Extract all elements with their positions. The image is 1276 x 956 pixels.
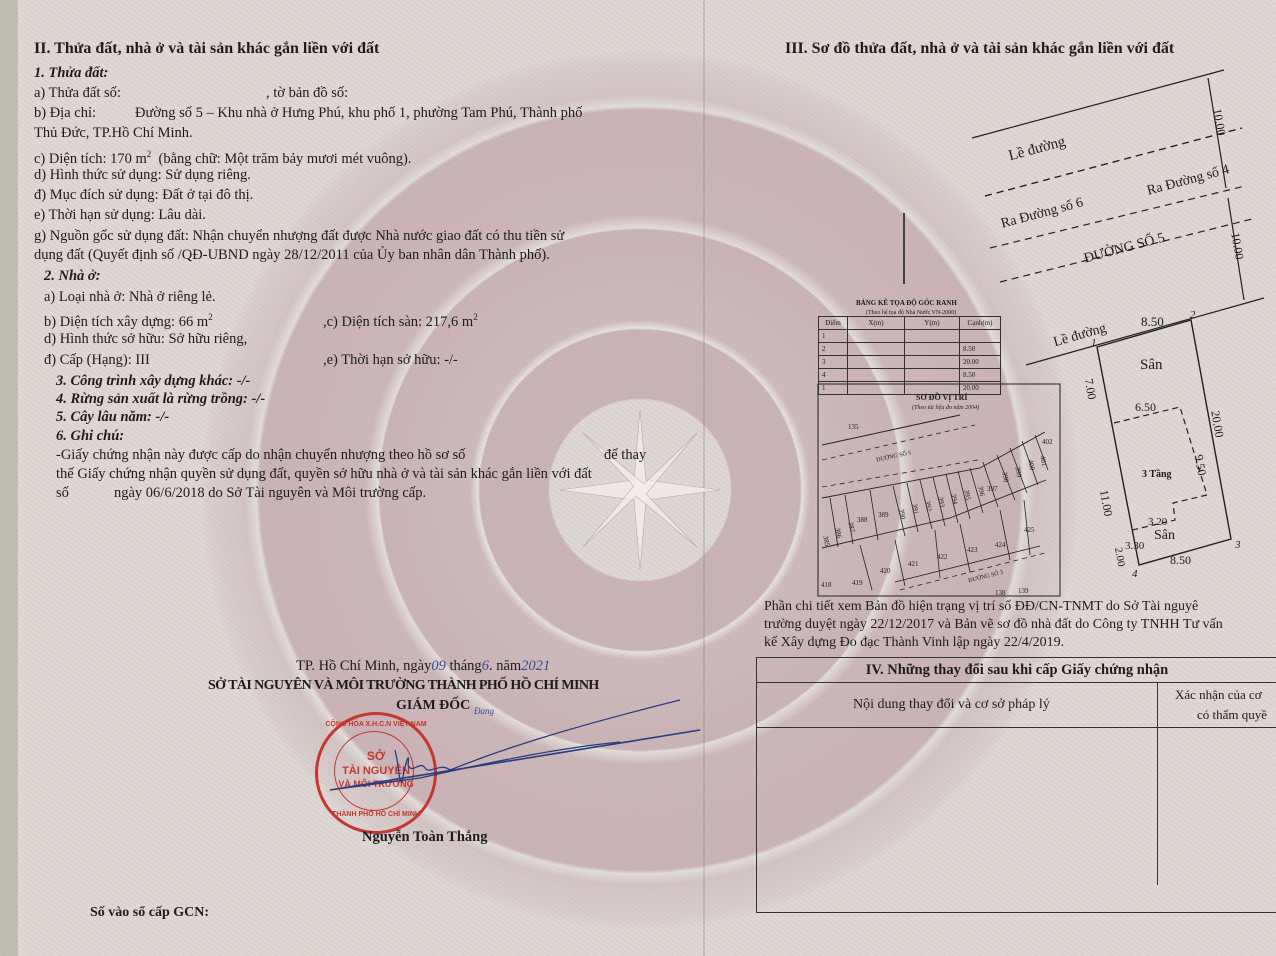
location-parcel-number: 388 — [857, 511, 868, 529]
location-parcel-number: 421 — [908, 555, 919, 573]
location-plan-subtitle: (Theo tài liệu đo năm 2004) — [912, 399, 979, 417]
changes-table: IV. Những thay đổi sau khi cấp Giấy chứn… — [756, 657, 1276, 913]
location-parcel-number: 423 — [967, 541, 978, 559]
location-parcel-number: 424 — [995, 536, 1006, 554]
coord-row: 48.50 — [819, 369, 1001, 382]
changes-title: IV. Những thay đổi sau khi cấp Giấy chứn… — [757, 658, 1276, 683]
location-parcel-number: 422 — [937, 548, 948, 566]
detail-note-1: Phần chi tiết xem Bản đồ hiện trạng vị t… — [764, 598, 1198, 616]
label-front-yard: Sân — [1140, 356, 1163, 374]
dim-house-width: 6.50 — [1135, 398, 1156, 416]
dim-front: 8.50 — [1141, 313, 1164, 331]
coord-row: 28.50 — [819, 343, 1001, 356]
location-parcel-number: 135 — [848, 418, 859, 436]
point-3: 3 — [1235, 536, 1241, 554]
location-parcel-number: 397 — [987, 480, 998, 498]
coord-row: 120.00 — [819, 382, 1001, 395]
point-2: 2 — [1190, 306, 1196, 324]
changes-col1-header: Nội dung thay đổi và cơ sở pháp lý — [853, 696, 1050, 714]
coord-table: Điểm X(m) Y(m) Cạnh(m) 1 28.50 320.00 48… — [818, 316, 1001, 395]
dim-house-depth: 9.50 — [1190, 453, 1211, 477]
location-parcel-number: 419 — [852, 574, 863, 592]
changes-col2-header-1: Xác nhận của cơ — [1175, 686, 1262, 704]
location-parcel-number: 389 — [878, 506, 889, 524]
point-1: 1 — [1091, 334, 1097, 352]
location-parcel-number: 418 — [821, 576, 832, 594]
location-parcel-number: 425 — [1024, 521, 1035, 539]
coord-row: 1 — [819, 330, 1001, 343]
dim-left-bottom: 2.00 — [1109, 546, 1130, 568]
detail-note-3: kế Xây dựng Đo đạc Thành Vinh lập ngày 2… — [764, 634, 1064, 652]
point-4: 4 — [1132, 565, 1138, 583]
dim-back: 8.50 — [1170, 551, 1191, 569]
dim-left-upper: 7.00 — [1080, 377, 1101, 401]
location-parcel-number: 402 — [1042, 433, 1053, 451]
coord-row: 320.00 — [819, 356, 1001, 369]
detail-note-2: trường duyệt ngày 22/12/2017 và Bản vẽ s… — [764, 616, 1223, 634]
label-back-yard: Sân — [1154, 527, 1175, 545]
changes-col2-header-2: có thẩm quyề — [1197, 706, 1267, 724]
location-parcel-number: 420 — [880, 562, 891, 580]
label-house-floors: 3 Tầng — [1142, 466, 1172, 484]
